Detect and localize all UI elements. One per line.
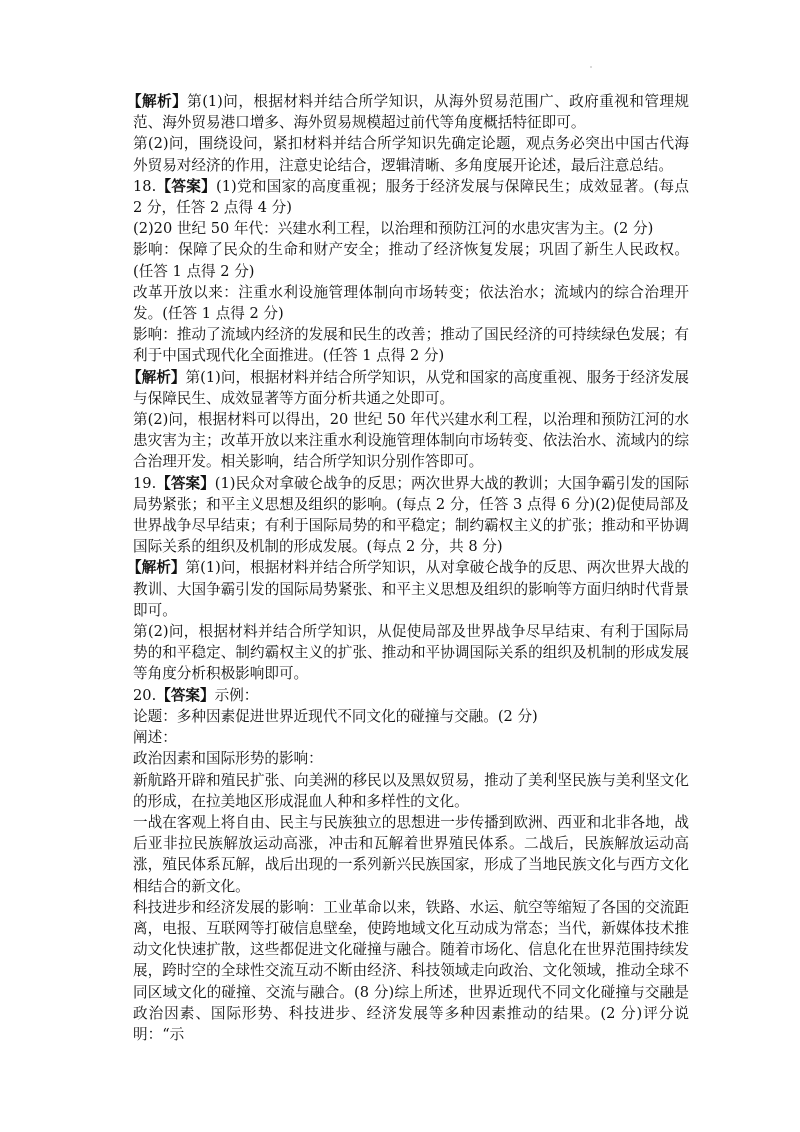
paragraph-text: 示例： (215, 687, 259, 704)
paragraph-text: 一战在客观上将自由、民主与民族独立的思想进一步传播到欧洲、西亚和北非各地，战后亚… (133, 814, 689, 895)
paragraph-label: 【答案】 (156, 687, 214, 704)
paragraph-text: 第(2)问，根据材料并结合所学知识，从促使局部及世界战争尽早结束、有利于国际局势… (133, 623, 689, 682)
scan-speck (590, 66, 592, 68)
paragraph-text: 第(2)问，根据材料可以得出，20 世纪 50 年代兴建水利工程，以治理和预防江… (133, 411, 689, 470)
question-number: 20. (133, 687, 156, 704)
paragraph-text: 新航路开辟和殖民扩张、向美洲的移民以及黑奴贸易，推动了美利坚民族与美利坚文化的形… (133, 772, 689, 810)
paragraph-text: (1)民众对拿破仑战争的反思；两次世界大战的教训；大国争霸引发的国际局势紧张；和… (133, 475, 689, 556)
question-number: 19. (133, 475, 156, 492)
paragraph-thesis: 论题：多种因素促进世界近现代不同文化的碰撞与交融。(2 分) (133, 706, 689, 727)
question-number: 18. (133, 178, 156, 195)
paragraph-world-wars: 一战在客观上将自由、民主与民族独立的思想进一步传播到欧洲、西亚和北非各地，战后亚… (133, 812, 689, 897)
answer-key-page: 【解析】第(1)问，根据材料并结合所学知识，从海外贸易范围广、政府重视和管理规范… (133, 91, 689, 1045)
paragraph-text: 论题：多种因素促进世界近现代不同文化的碰撞与交融。(2 分) (133, 708, 538, 725)
paragraph-text: 第(2)问，围绕设问，紧扣材料并结合所学知识先确定论题，观点务必突出中国古代海外… (133, 135, 689, 173)
paragraph-analysis-18: 【解析】第(1)问，根据材料并结合所学知识，从党和国家的高度重视、服务于经济发展… (133, 367, 689, 409)
paragraph-text: 第(1)问，根据材料并结合所学知识，从党和国家的高度重视、服务于经济发展与保障民… (133, 369, 689, 407)
paragraph-text: 影响：推动了流域内经济的发展和民生的改善；推动了国民经济的可持续绿色发展；有利于… (133, 326, 689, 364)
paragraph-new-routes: 新航路开辟和殖民扩张、向美洲的移民以及黑奴贸易，推动了美利坚民族与美利坚文化的形… (133, 770, 689, 812)
paragraph-analysis-18-q2: 第(2)问，根据材料可以得出，20 世纪 50 年代兴建水利工程，以治理和预防江… (133, 409, 689, 473)
paragraph-elaboration-heading: 阐述： (133, 727, 689, 748)
paragraph-text: 科技进步和经济发展的影响：工业革命以来，铁路、水运、航空等缩短了各国的交流距离，… (133, 899, 689, 1043)
paragraph-answer-18-impact-1: 影响：保障了民众的生命和财产安全；推动了经济恢复发展；巩固了新生人民政权。(任答… (133, 239, 689, 281)
paragraph-label: 【答案】 (156, 475, 215, 492)
paragraph-text: 阐述： (133, 729, 177, 746)
paragraph-text: 政治因素和国际形势的影响： (133, 750, 323, 767)
paragraph-text: (1)党和国家的高度重视；服务于经济发展与保障民生；成效显著。(每点 2 分，任… (133, 178, 689, 216)
paragraph-text: 第(1)问，根据材料并结合所学知识，从对拿破仑战争的反思、两次世界大战的教训、大… (133, 559, 689, 618)
paragraph-analysis-17-q2: 第(2)问，围绕设问，紧扣材料并结合所学知识先确定论题，观点务必突出中国古代海外… (133, 133, 689, 175)
paragraph-text: 第(1)问，根据材料并结合所学知识，从海外贸易范围广、政府重视和管理规范、海外贸… (133, 93, 689, 131)
paragraph-technology: 科技进步和经济发展的影响：工业革命以来，铁路、水运、航空等缩短了各国的交流距离，… (133, 897, 689, 1045)
paragraph-label: 【解析】 (127, 559, 186, 576)
paragraph-text: 影响：保障了民众的生命和财产安全；推动了经济恢复发展；巩固了新生人民政权。(任答… (133, 241, 689, 279)
paragraph-analysis-17: 【解析】第(1)问，根据材料并结合所学知识，从海外贸易范围广、政府重视和管理规范… (133, 91, 689, 133)
paragraph-answer-20: 20.【答案】示例： (133, 685, 689, 706)
paragraph-political-heading: 政治因素和国际形势的影响： (133, 748, 689, 769)
paragraph-analysis-19-q2: 第(2)问，根据材料并结合所学知识，从促使局部及世界战争尽早结束、有利于国际局势… (133, 621, 689, 685)
paragraph-label: 【解析】 (127, 93, 187, 110)
paragraph-text: 改革开放以来：注重水利设施管理体制向市场转变；依法治水；流域内的综合治理开发。(… (133, 284, 689, 322)
paragraph-text: (2)20 世纪 50 年代：兴建水利工程，以治理和预防江河的水患灾害为主。(2… (133, 220, 653, 237)
paragraph-label: 【答案】 (156, 178, 216, 195)
paragraph-label: 【解析】 (127, 369, 186, 386)
paragraph-answer-18-impact-2: 影响：推动了流域内经济的发展和民生的改善；推动了国民经济的可持续绿色发展；有利于… (133, 324, 689, 366)
paragraph-answer-18-q2: (2)20 世纪 50 年代：兴建水利工程，以治理和预防江河的水患灾害为主。(2… (133, 218, 689, 239)
paragraph-analysis-19: 【解析】第(1)问，根据材料并结合所学知识，从对拿破仑战争的反思、两次世界大战的… (133, 557, 689, 621)
paragraph-answer-18: 18.【答案】(1)党和国家的高度重视；服务于经济发展与保障民生；成效显著。(每… (133, 176, 689, 218)
paragraph-answer-18-reform: 改革开放以来：注重水利设施管理体制向市场转变；依法治水；流域内的综合治理开发。(… (133, 282, 689, 324)
paragraph-answer-19: 19.【答案】(1)民众对拿破仑战争的反思；两次世界大战的教训；大国争霸引发的国… (133, 473, 689, 558)
